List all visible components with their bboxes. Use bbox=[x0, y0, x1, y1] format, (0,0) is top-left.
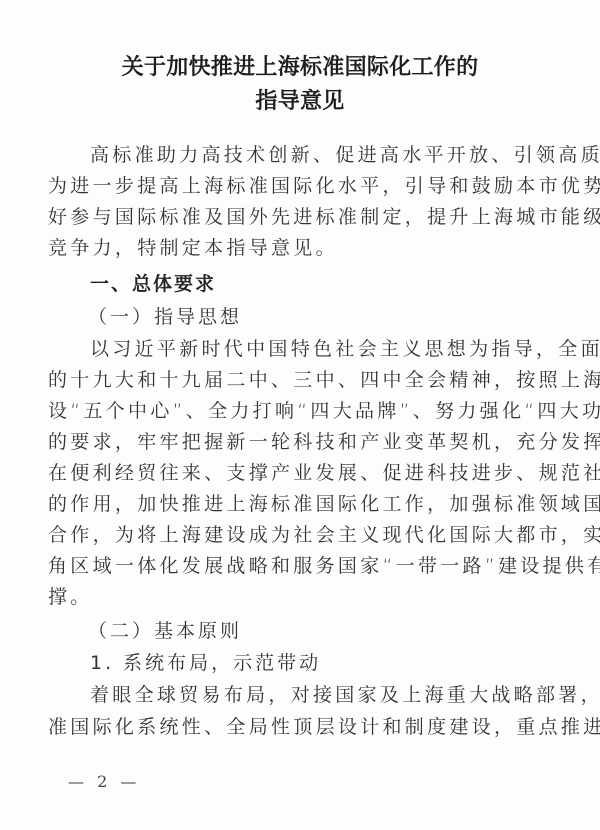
intro-line: 为进一步提高上海标准国际化水平，引导和鼓励本市优势领域更 bbox=[48, 175, 548, 197]
paragraph-line: 撑。 bbox=[48, 586, 548, 608]
section-heading: 一、总体要求 bbox=[90, 273, 216, 295]
intro-line: 竞争力，特制定本指导意见。 bbox=[48, 237, 548, 259]
document-title-line2: 指导意见 bbox=[0, 84, 600, 115]
page-number: — 2 — bbox=[68, 772, 140, 791]
document-title-line1: 关于加快推进上海标准国际化工作的 bbox=[0, 50, 600, 81]
intro-line: 好参与国际标准及国外先进标准制定，提升上海城市能级和核心 bbox=[48, 206, 548, 228]
paragraph-line: 准国际化系统性、全局性顶层设计和制度建设，重点推进标准国 bbox=[48, 716, 548, 738]
principle-heading: 1. 系统布局，示范带动 bbox=[90, 652, 321, 674]
paragraph-line: 在便利经贸往来、支撑产业发展、促进科技进步、规范社会治理 bbox=[48, 462, 548, 484]
paragraph-line: 以习近平新时代中国特色社会主义思想为指导，全面贯彻党 bbox=[90, 338, 590, 360]
paragraph-line: 的十九大和十九届二中、三中、四中全会精神，按照上海加快建 bbox=[48, 369, 548, 391]
subsection-heading: （一）指导思想 bbox=[88, 306, 242, 328]
paragraph-line: 设“五个中心”、全力打响“四大品牌”、努力强化“四大功能” bbox=[48, 400, 548, 422]
paragraph-line: 的作用，加快推进上海标准国际化工作，加强标准领域国际交流 bbox=[48, 493, 548, 515]
paragraph-line: 合作，为将上海建设成为社会主义现代化国际大都市，实施长三 bbox=[48, 524, 548, 546]
subsection-heading: （二）基本原则 bbox=[88, 620, 242, 642]
paragraph-line: 角区域一体化发展战略和服务国家“一带一路”建设提供有力支 bbox=[48, 555, 548, 577]
paragraph-line: 的要求，牢牢把握新一轮科技和产业变革契机，充分发挥标准化 bbox=[48, 431, 548, 453]
paragraph-line: 着眼全球贸易布局，对接国家及上海重大战略部署，完善标 bbox=[90, 684, 590, 706]
intro-line: 高标准助力高技术创新、促进高水平开放、引领高质量发展， bbox=[90, 144, 590, 166]
